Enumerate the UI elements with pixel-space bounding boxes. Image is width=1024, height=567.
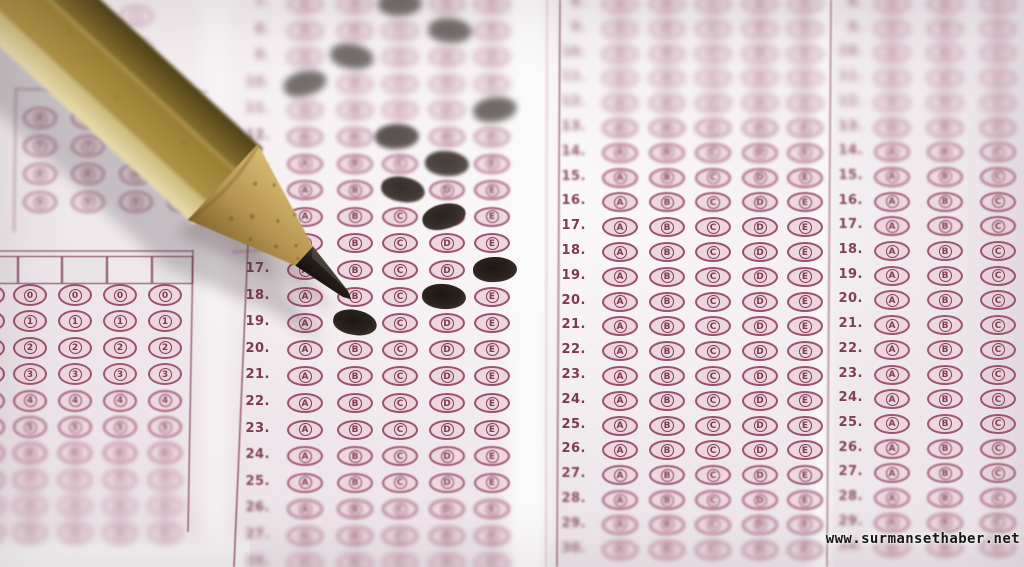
- photo-of-answer-sheet: 7.ABCDE8.ABCDE9.ABCDE10.ABCDE11.ABCDE12.…: [0, 0, 1024, 567]
- pencil: [0, 0, 1024, 567]
- watermark: www.surmansethaber.net: [788, 531, 1020, 547]
